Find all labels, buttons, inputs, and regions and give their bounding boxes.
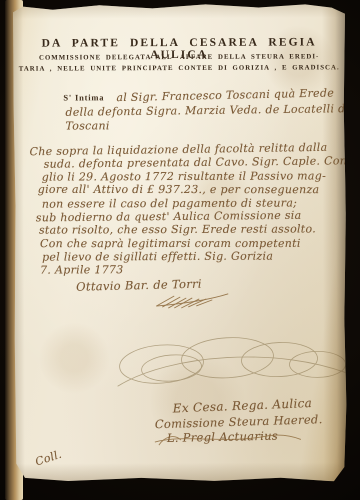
actuarius-flourish xyxy=(153,427,303,450)
handwritten-line: Toscani xyxy=(65,119,109,132)
handwritten-line: 7. Aprile 1773 xyxy=(40,263,124,276)
signature-hatch-flourish xyxy=(154,290,232,310)
corner-collation-mark: Coll. xyxy=(34,448,64,469)
printed-header-line3: TARIA , NELLE UNITE PRINCIPATE CONTEE DI… xyxy=(13,64,345,72)
photo-background: DA PARTE DELLA CESAREA REGIA AULICA COMM… xyxy=(0,0,360,500)
handwritten-line: giore all' Attivo di £ 937.23., e per co… xyxy=(38,183,320,196)
document-page: DA PARTE DELLA CESAREA REGIA AULICA COMM… xyxy=(13,3,347,482)
printed-intima-label: S' Intima xyxy=(63,92,104,102)
handwritten-line: stato risolto, che esso Sigr. Erede rest… xyxy=(39,222,316,236)
handwritten-line: Con che saprà legitimarsi coram competen… xyxy=(40,237,301,250)
handwritten-line: al Sigr. Francesco Toscani quà Erede xyxy=(116,86,334,104)
large-loop-flourish xyxy=(109,323,347,404)
handwritten-line: della defonta Sigra. Marzia Veda. de Loc… xyxy=(65,102,347,119)
handwritten-line: suda. defonta presentata dal Cavo. Sigr.… xyxy=(44,154,347,171)
handwritten-line: pel lievo de sigillati effetti. Sig. Gor… xyxy=(42,250,273,264)
printed-header-line2: COMMISSIONE DELEGATA ALL' AFFARE DELLA S… xyxy=(13,53,345,61)
handwritten-line: glio li 29. Agosto 1772 risultante il Pa… xyxy=(42,169,326,183)
